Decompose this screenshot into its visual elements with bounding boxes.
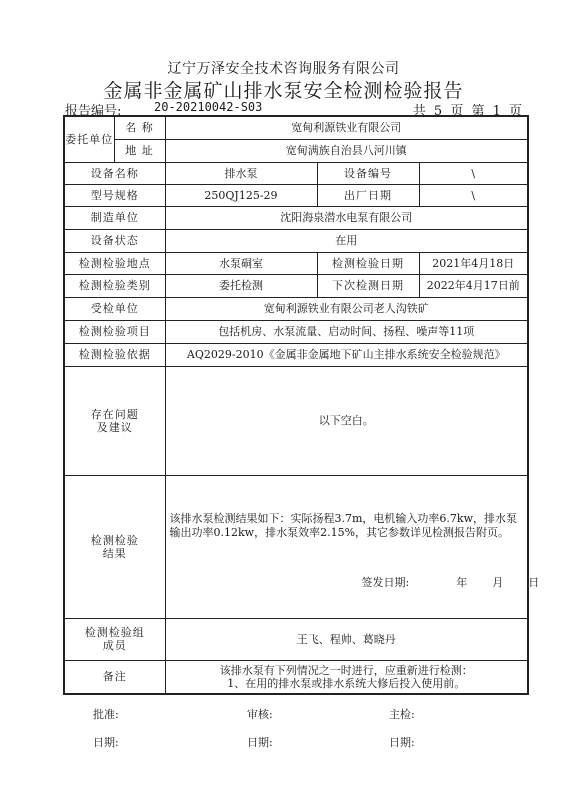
factory-date-value: \ [419,184,528,206]
review-date-label: 日期: [247,734,273,750]
issue-date-day: 日 [528,576,539,589]
result-label: 检测检验 结果 [64,475,165,618]
remarks-content: 该排水泵有下列情况之一时进行，应重新进行检测： 1、在用的排水泵或排水系统大修后… [165,660,528,694]
result-label-line1: 检测检验 [65,534,165,547]
approve-label: 批准: [93,706,119,722]
next-date-label: 下次检测日期 [317,274,419,297]
issues-label-line2: 及建议 [65,421,165,434]
result-body: 该排水泵检测结果如下：实际扬程3.7m，电机输入功率6.7kw，排水泵 输出功率… [170,512,522,540]
basis-value: AQ2029-2010《金属非金属地下矿山主排水系统安全检验规范》 [165,343,528,366]
status-value: 在用 [165,229,528,252]
team-label-line1: 检测检验组 [65,626,165,639]
location-value: 水泵硐室 [165,252,317,274]
client-name-value: 宽甸利源铁业有限公司 [165,116,528,139]
issues-label: 存在问题 及建议 [64,366,165,475]
remarks-label: 备注 [64,660,165,694]
equipment-name-value: 排水泵 [165,162,317,184]
result-label-line2: 结果 [65,547,165,560]
basis-label: 检测检验依据 [64,343,165,366]
issue-date-row: 签发日期: 年 月 日 [362,576,540,589]
remarks-line2: 1、在用的排水泵或排水系统大修后投入使用前。 [166,677,528,690]
issues-content: 以下空白。 [165,366,528,475]
chief-date-label: 日期: [389,734,415,750]
team-members: 王飞、程帅、葛晓丹 [165,618,528,660]
inspection-date-label: 检测检验日期 [317,252,419,274]
issue-date-year: 年 [456,576,467,589]
equipment-number-value: \ [419,162,528,184]
manufacturer-label: 制造单位 [64,206,165,229]
equipment-name-label: 设备名称 [64,162,165,184]
equipment-number-label: 设备编号 [317,162,419,184]
approve-date-label: 日期: [93,734,119,750]
items-label: 检测检验项目 [64,320,165,343]
team-label: 检测检验组 成员 [64,618,165,660]
manufacturer-value: 沈阳海泉潜水电泵有限公司 [165,206,528,229]
chief-inspector-label: 主检: [389,706,415,722]
inspection-date-value: 2021年4月18日 [419,252,528,274]
status-label: 设备状态 [64,229,165,252]
client-group-label: 委托单位 [64,116,114,162]
factory-date-label: 出厂日期 [317,184,419,206]
client-address-label: 地 址 [114,139,165,162]
company-name: 辽宁万泽安全技术咨询服务有限公司 [0,58,567,78]
client-name-label: 名 称 [114,116,165,139]
issue-date-label: 签发日期: [362,576,410,589]
model-value: 250QJ125-29 [165,184,317,206]
items-value: 包括机房、水泵流量、启动时间、扬程、噪声等11项 [165,320,528,343]
result-content: 该排水泵检测结果如下：实际扬程3.7m，电机输入功率6.7kw，排水泵 输出功率… [165,475,528,618]
report-number: 20-20210042-S03 [154,100,262,114]
model-label: 型号规格 [64,184,165,206]
issue-date-month: 月 [492,576,503,589]
review-label: 审核: [247,706,273,722]
report-table: 委托单位 名 称 宽甸利源铁业有限公司 地 址 宽甸满族自治县八河川镇 设备名称… [63,115,529,695]
issues-label-line1: 存在问题 [65,408,165,421]
inspected-unit-label: 受检单位 [64,297,165,320]
location-label: 检测检验地点 [64,252,165,274]
remarks-line1: 该排水泵有下列情况之一时进行，应重新进行检测： [166,664,528,677]
next-date-value: 2022年4月17日前 [419,274,528,297]
type-value: 委托检测 [165,274,317,297]
client-address-value: 宽甸满族自治县八河川镇 [165,139,528,162]
inspected-unit-value: 宽甸利源铁业有限公司老人沟铁矿 [165,297,528,320]
result-line2: 输出功率0.12kw，排水泵效率2.15%，其它参数详见检测报告附页。 [170,526,522,540]
team-label-line2: 成员 [65,639,165,652]
type-label: 检测检验类别 [64,274,165,297]
report-title: 金属非金属矿山排水泵安全检测检验报告 [0,76,567,103]
result-line1: 该排水泵检测结果如下：实际扬程3.7m，电机输入功率6.7kw，排水泵 [170,512,522,526]
